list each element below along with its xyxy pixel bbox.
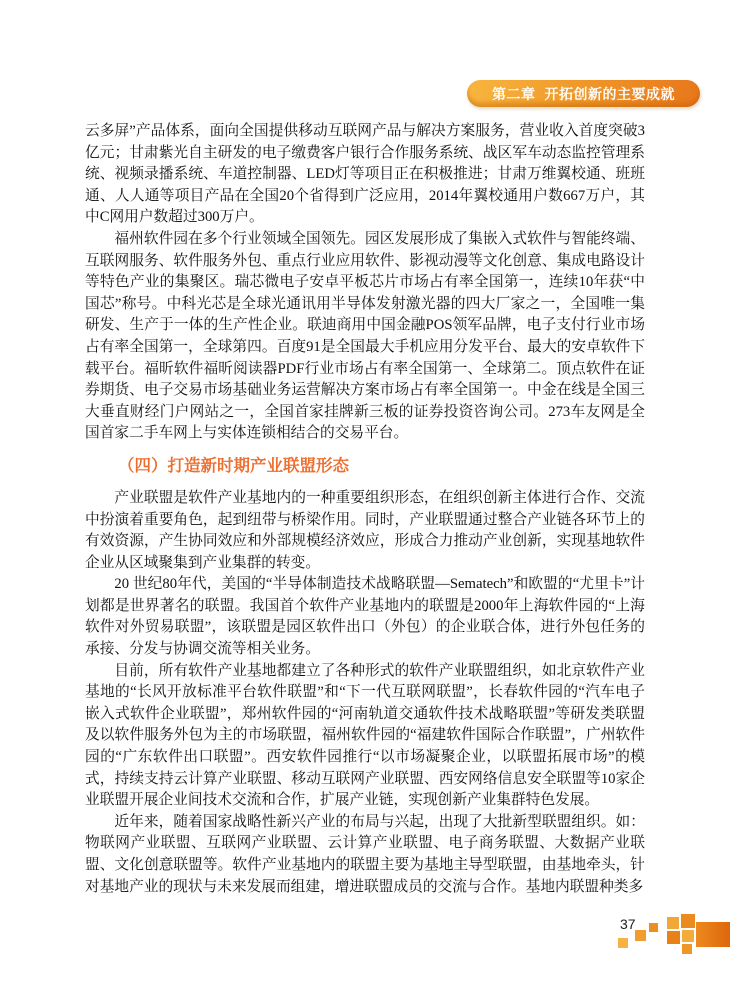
- paragraph: 近年来，随着国家战略性新兴产业的布局与兴起，出现了大批新型联盟组织。如：物联网产…: [85, 812, 645, 898]
- section-heading: （四）打造新时期产业联盟形态: [85, 454, 645, 478]
- body-text-block: 云多屏”产品体系，面向全国提供移动互联网产品与解决方案服务，营业收入首度突破3亿…: [85, 121, 645, 898]
- chapter-title-label: 开拓创新的主要成就: [545, 84, 676, 104]
- chapter-header-banner: 第二章 开拓创新的主要成就: [467, 80, 700, 107]
- paragraph: 云多屏”产品体系，面向全国提供移动互联网产品与解决方案服务，营业收入首度突破3亿…: [85, 121, 645, 229]
- paragraph: 目前，所有软件产业基地都建立了各种形式的软件产业联盟组织，如北京软件产业基地的“…: [85, 661, 645, 812]
- document-page: 第二章 开拓创新的主要成就 云多屏”产品体系，面向全国提供移动互联网产品与解决方…: [0, 0, 730, 984]
- paragraph: 20 世纪80年代，美国的“半导体制造技术战略联盟—Sematech”和欧盟的“…: [85, 574, 645, 660]
- paragraph: 产业联盟是软件产业基地内的一种重要组织形态，在组织创新主体进行合作、交流中扮演着…: [85, 488, 645, 574]
- paragraph: 福州软件园在多个行业领域全国领先。园区发展形成了集嵌入式软件与智能终端、互联网服…: [85, 229, 645, 445]
- chapter-number-label: 第二章: [492, 84, 536, 104]
- pixel-mosaic-icon: [615, 913, 730, 959]
